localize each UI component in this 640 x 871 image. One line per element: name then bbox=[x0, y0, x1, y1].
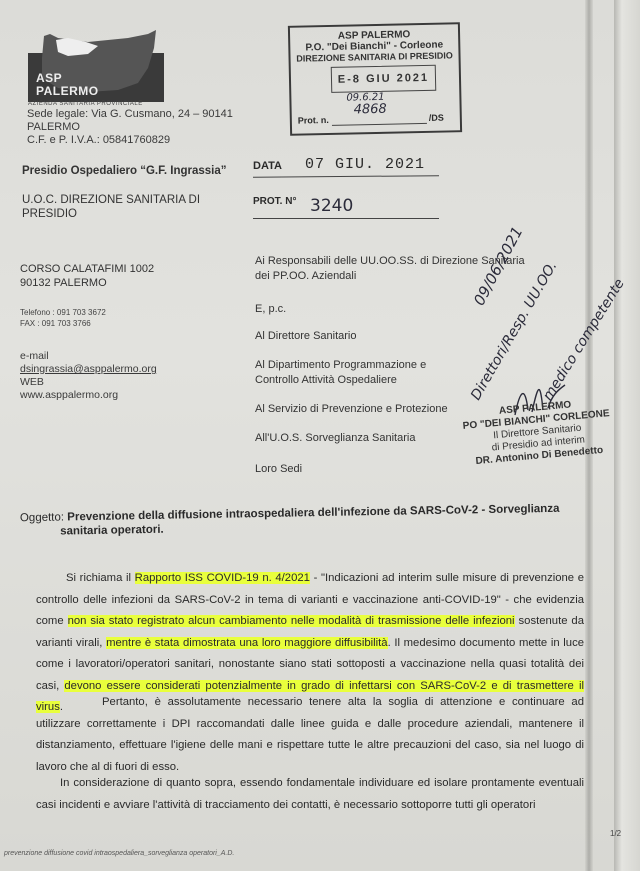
sede-legale-block: Sede legale: Via G. Cusmano, 24 – 90141 … bbox=[27, 108, 233, 147]
data-value: 07 GIU. 2021 bbox=[305, 156, 425, 173]
sede-legale: Sede legale: Via G. Cusmano, 24 – 90141 bbox=[27, 108, 233, 121]
recipient-epc: E, p.c. bbox=[255, 302, 286, 316]
stamp-date: E-8 GIU 2021 bbox=[331, 65, 437, 93]
uoc-name: U.O.C. DIREZIONE SANITARIA DI PRESIDIO bbox=[22, 193, 200, 221]
recipient-4: Al Servizio di Prevenzione e Protezione bbox=[255, 402, 448, 416]
address-line2: 90132 PALERMO bbox=[20, 276, 154, 290]
recipient-1b: dei PP.OO. Aziendali bbox=[255, 269, 356, 283]
stamp-prot-suffix: /DS bbox=[429, 113, 444, 123]
logo-subtitle: AZIENDA SANITARIA PROVINCIALE bbox=[28, 101, 143, 107]
recipient-6: Loro Sedi bbox=[255, 462, 302, 476]
prot-value: 3240 bbox=[310, 196, 353, 216]
recipient-2: Al Direttore Sanitario bbox=[255, 329, 357, 343]
presidio-name: Presidio Ospedaliero “G.F. Ingrassia” bbox=[22, 165, 227, 177]
highlighted-text: non sia stato registrato alcun cambiamen… bbox=[68, 615, 515, 627]
contact-block: Telefono : 091 703 3672 FAX : 091 703 37… bbox=[20, 307, 106, 329]
reception-stamp: ASP PALERMO P.O. "Dei Bianchi" - Corleon… bbox=[288, 22, 462, 136]
web-label: WEB bbox=[20, 376, 157, 389]
web-link[interactable]: www.asppalermo.org bbox=[20, 389, 157, 402]
body-text-segment: Si richiama il bbox=[66, 572, 135, 584]
footer-filename: prevenzione diffusione covid intraospeda… bbox=[4, 850, 234, 857]
logo-title: ASP PALERMO bbox=[36, 72, 99, 98]
stamp-line3: DIREZIONE SANITARIA DI PRESIDIO bbox=[290, 50, 458, 65]
body-paragraph-2: Pertanto, è assolutamente necessario ten… bbox=[36, 692, 584, 778]
email-link[interactable]: dsingrassia@asppalermo.org bbox=[20, 363, 157, 376]
prot-label: PROT. N° bbox=[253, 196, 296, 207]
stamp-prot-line bbox=[332, 123, 427, 126]
signature-stamp: ASP PALERMO PO "DEI BIANCHI" CORLEONE Il… bbox=[450, 395, 625, 470]
prot-underline bbox=[253, 218, 439, 219]
telefono: Telefono : 091 703 3672 bbox=[20, 307, 106, 318]
online-block: e-mail dsingrassia@asppalermo.org WEB ww… bbox=[20, 350, 157, 402]
email-label: e-mail bbox=[20, 350, 157, 363]
page-number: 1/2 bbox=[610, 829, 621, 838]
stamp-handwritten-number: 4868 bbox=[353, 102, 386, 118]
subject: Oggetto: Prevenzione della diffusione in… bbox=[20, 502, 620, 538]
data-label: DATA bbox=[253, 160, 282, 172]
uoc-line1: U.O.C. DIREZIONE SANITARIA DI bbox=[22, 193, 200, 207]
body-text-segment: lavoratori/operatori sanitari, nonostant… bbox=[76, 658, 332, 670]
cf-piva: C.F. e P. I.V.A.: 05841760829 bbox=[27, 134, 233, 147]
address-block: CORSO CALATAFIMI 1002 90132 PALERMO bbox=[20, 262, 154, 290]
stamp-prot-label: Prot. n. bbox=[298, 115, 329, 126]
address-line1: CORSO CALATAFIMI 1002 bbox=[20, 262, 154, 276]
body-paragraph-3: In considerazione di quanto sopra, essen… bbox=[36, 773, 584, 816]
subject-label: Oggetto: bbox=[20, 511, 64, 524]
fax: FAX : 091 703 3766 bbox=[20, 318, 106, 329]
logo-title-line2: PALERMO bbox=[36, 85, 99, 98]
recipient-1: Ai Responsabili delle UU.OO.SS. di Direz… bbox=[255, 254, 525, 268]
sede-city: PALERMO bbox=[27, 121, 233, 134]
recipient-3: Al Dipartimento Programmazione e bbox=[255, 358, 426, 372]
recipient-3b: Controllo Attività Ospedaliere bbox=[255, 373, 397, 387]
highlighted-text: mentre è stata dimostrata una loro maggi… bbox=[106, 637, 388, 649]
uoc-line2: PRESIDIO bbox=[22, 207, 200, 221]
recipient-5: All'U.O.S. Sorveglianza Sanitaria bbox=[255, 431, 415, 445]
highlighted-text: Rapporto ISS COVID-19 n. 4/2021 bbox=[135, 572, 310, 584]
data-underline bbox=[253, 175, 439, 178]
